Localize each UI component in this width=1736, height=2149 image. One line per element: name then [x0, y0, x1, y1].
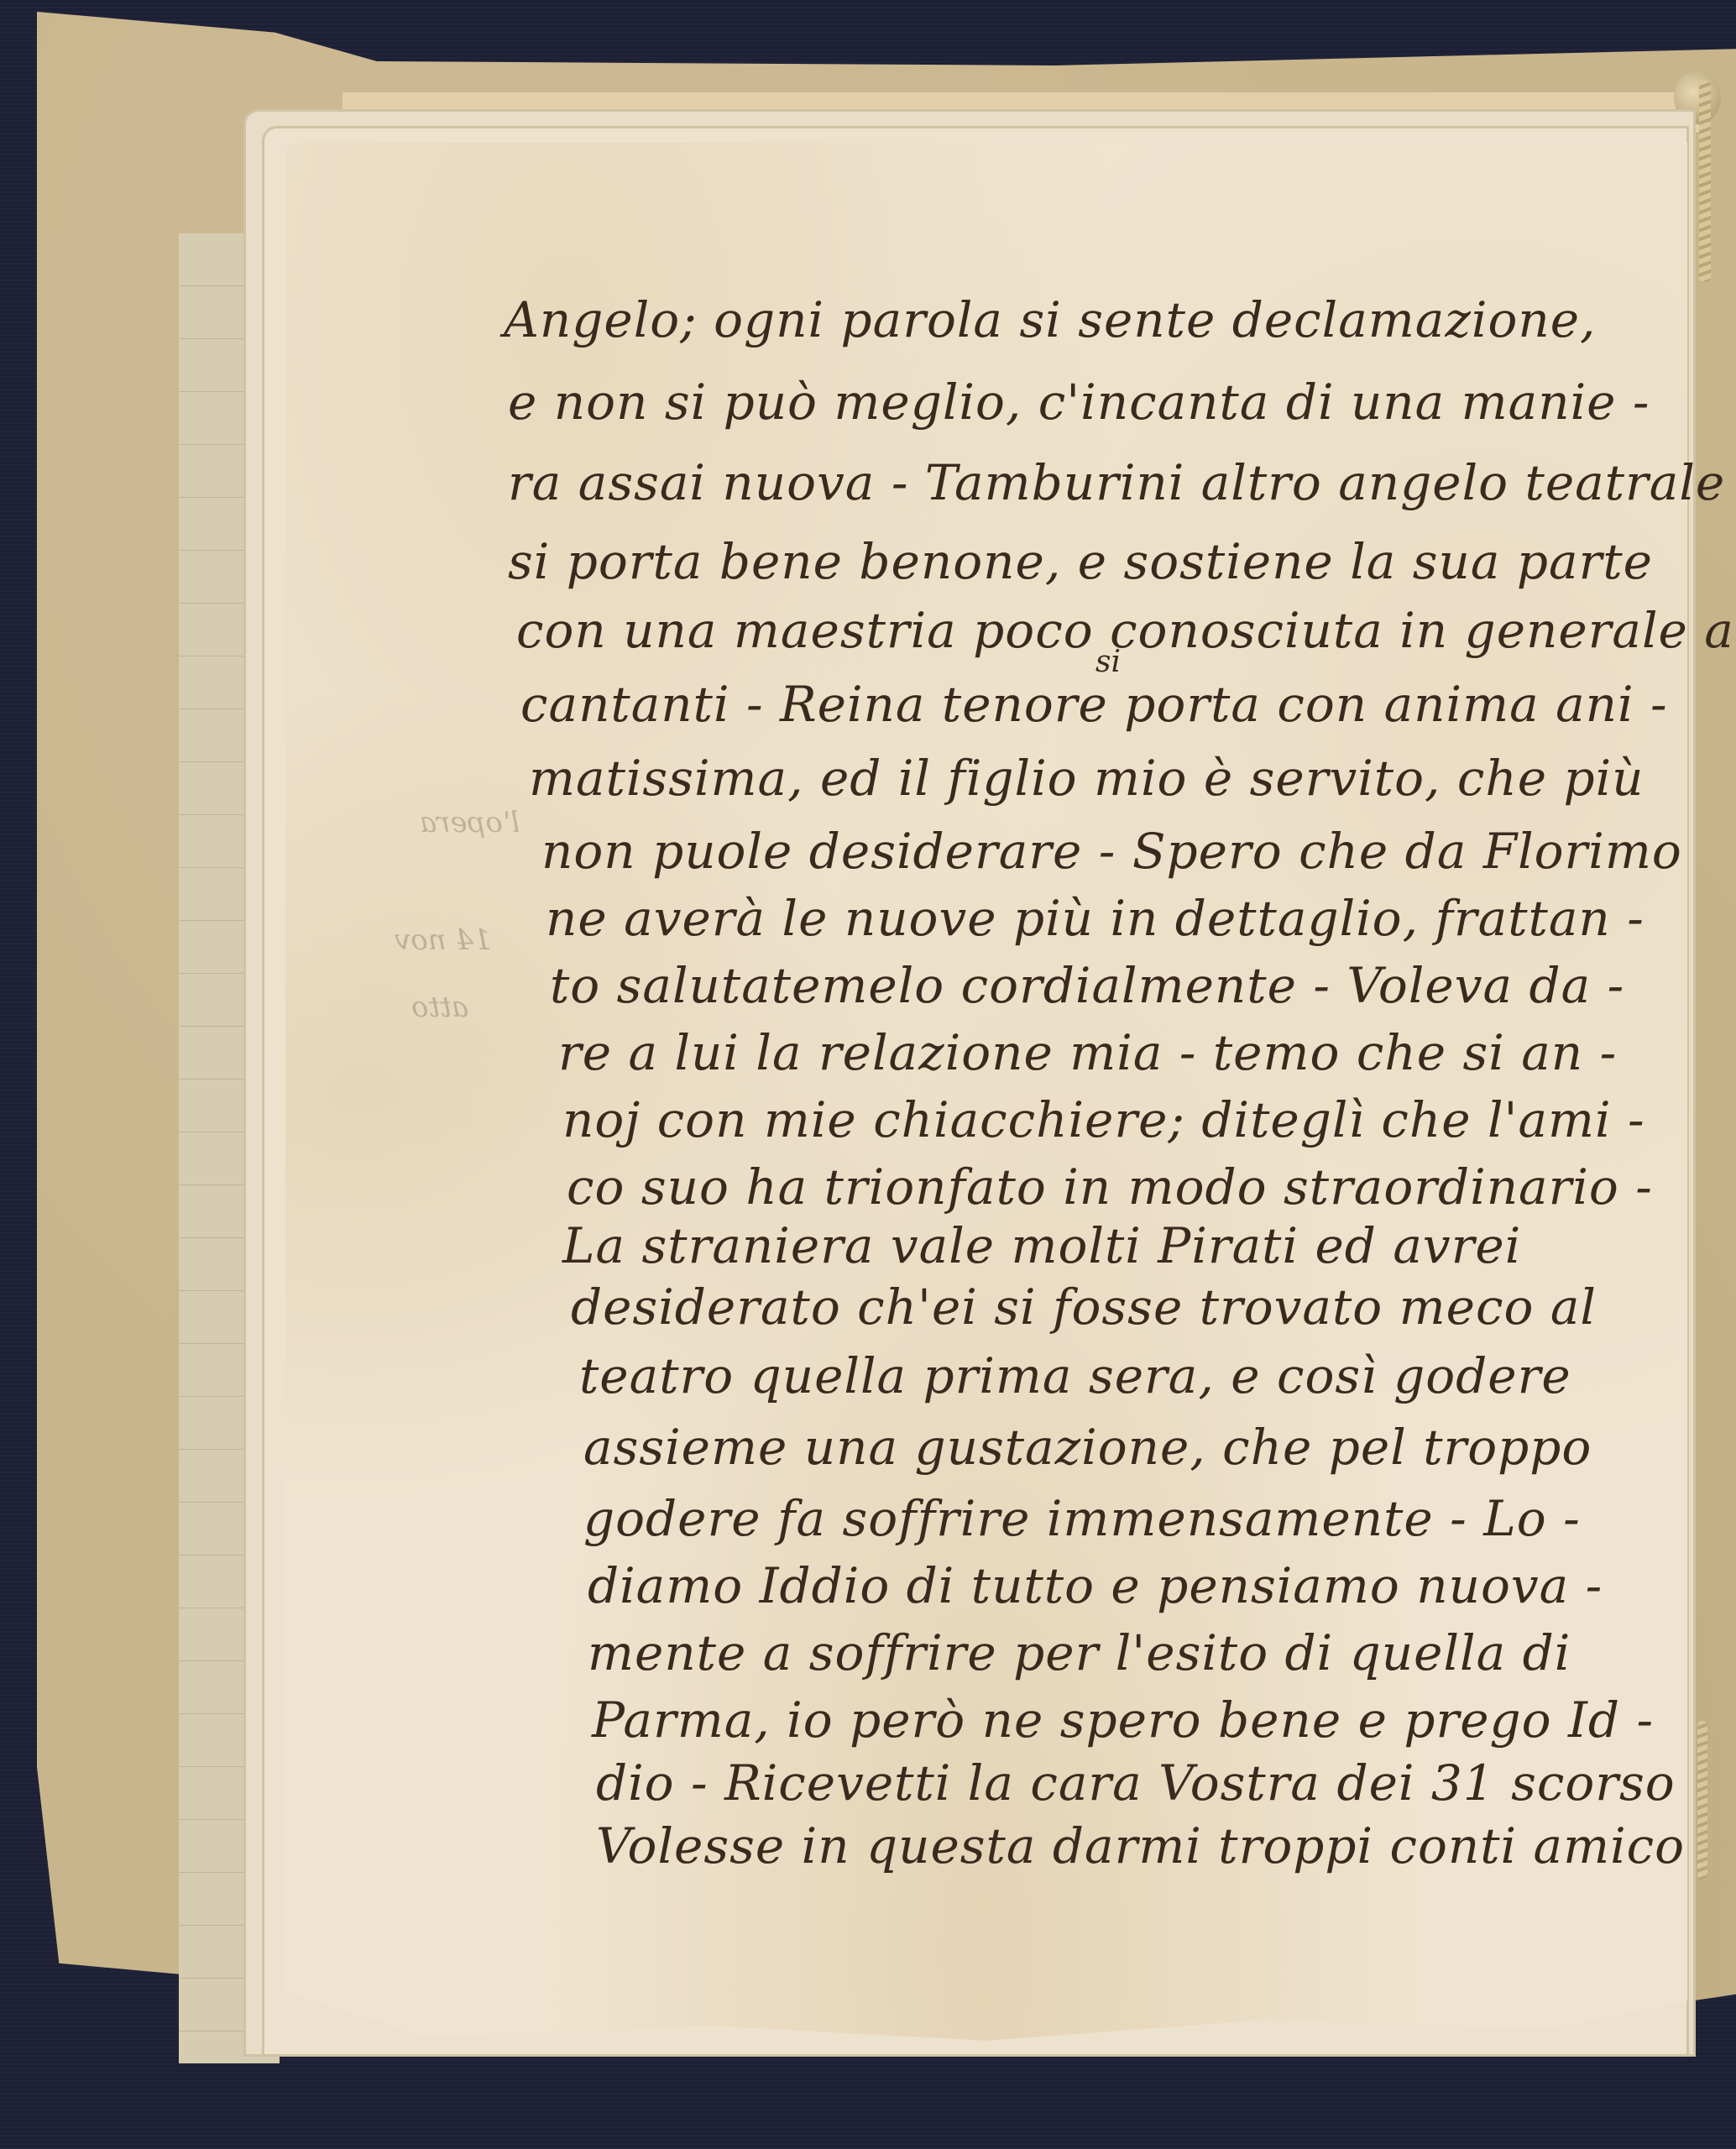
text-line: to salutatemelo cordialmente - Voleva da…	[550, 961, 1624, 1010]
text-line: matissima, ed il figlio mio è servito, c…	[529, 754, 1644, 803]
text-line: ne averà le nuove più in dettaglio, frat…	[546, 894, 1644, 943]
text-line: mente a soffrire per l'esito di quella d…	[588, 1629, 1571, 1677]
text-line: con una maestria poco conosciuta in gene…	[516, 606, 1736, 655]
text-line: teatro quella prima sera, e così godere	[579, 1352, 1571, 1400]
text-line: Angelo; ogni parola si sente declamazion…	[504, 295, 1597, 344]
text-line: diamo Iddio di tutto e pensiamo nuova -	[588, 1561, 1603, 1610]
letter-text: Angelo; ogni parola si sente declamazion…	[0, 0, 1736, 2149]
text-line: godere fa soffrire immensamente - Lo -	[583, 1494, 1581, 1543]
text-line: dio - Ricevetti la cara Vostra dei 31 sc…	[596, 1759, 1676, 1807]
text-line: ra assai nuova - Tamburini altro angelo …	[508, 458, 1725, 507]
text-line: Parma, io però ne spero bene e prego Id …	[592, 1696, 1654, 1744]
text-line: re a lui la relazione mia - temo che si …	[558, 1028, 1617, 1077]
interlinear-insertion: si	[1095, 645, 1121, 679]
scan-background: l'opera 14 nov atto Angelo; ogni parola …	[0, 0, 1736, 2149]
text-line: assieme una gustazione, che pel troppo	[583, 1423, 1592, 1472]
text-line: non puole desiderare - Spero che da Flor…	[541, 827, 1682, 876]
text-line: co suo ha trionfato in modo straordinari…	[567, 1163, 1653, 1211]
text-line: desiderato ch'ei si fosse trovato meco a…	[571, 1283, 1597, 1331]
text-line: La straniera vale molti Pirati ed avrei	[562, 1221, 1521, 1270]
text-line: si porta bene benone, e sostiene la sua …	[508, 537, 1653, 586]
text-line: e non si può meglio, c'incanta di una ma…	[508, 378, 1650, 426]
text-line: Volesse in questa darmi troppi conti ami…	[596, 1822, 1685, 1870]
text-line: cantanti - Reina tenore porta con anima …	[520, 680, 1668, 729]
text-line: noj con mie chiacchiere; diteglì che l'a…	[562, 1095, 1645, 1144]
